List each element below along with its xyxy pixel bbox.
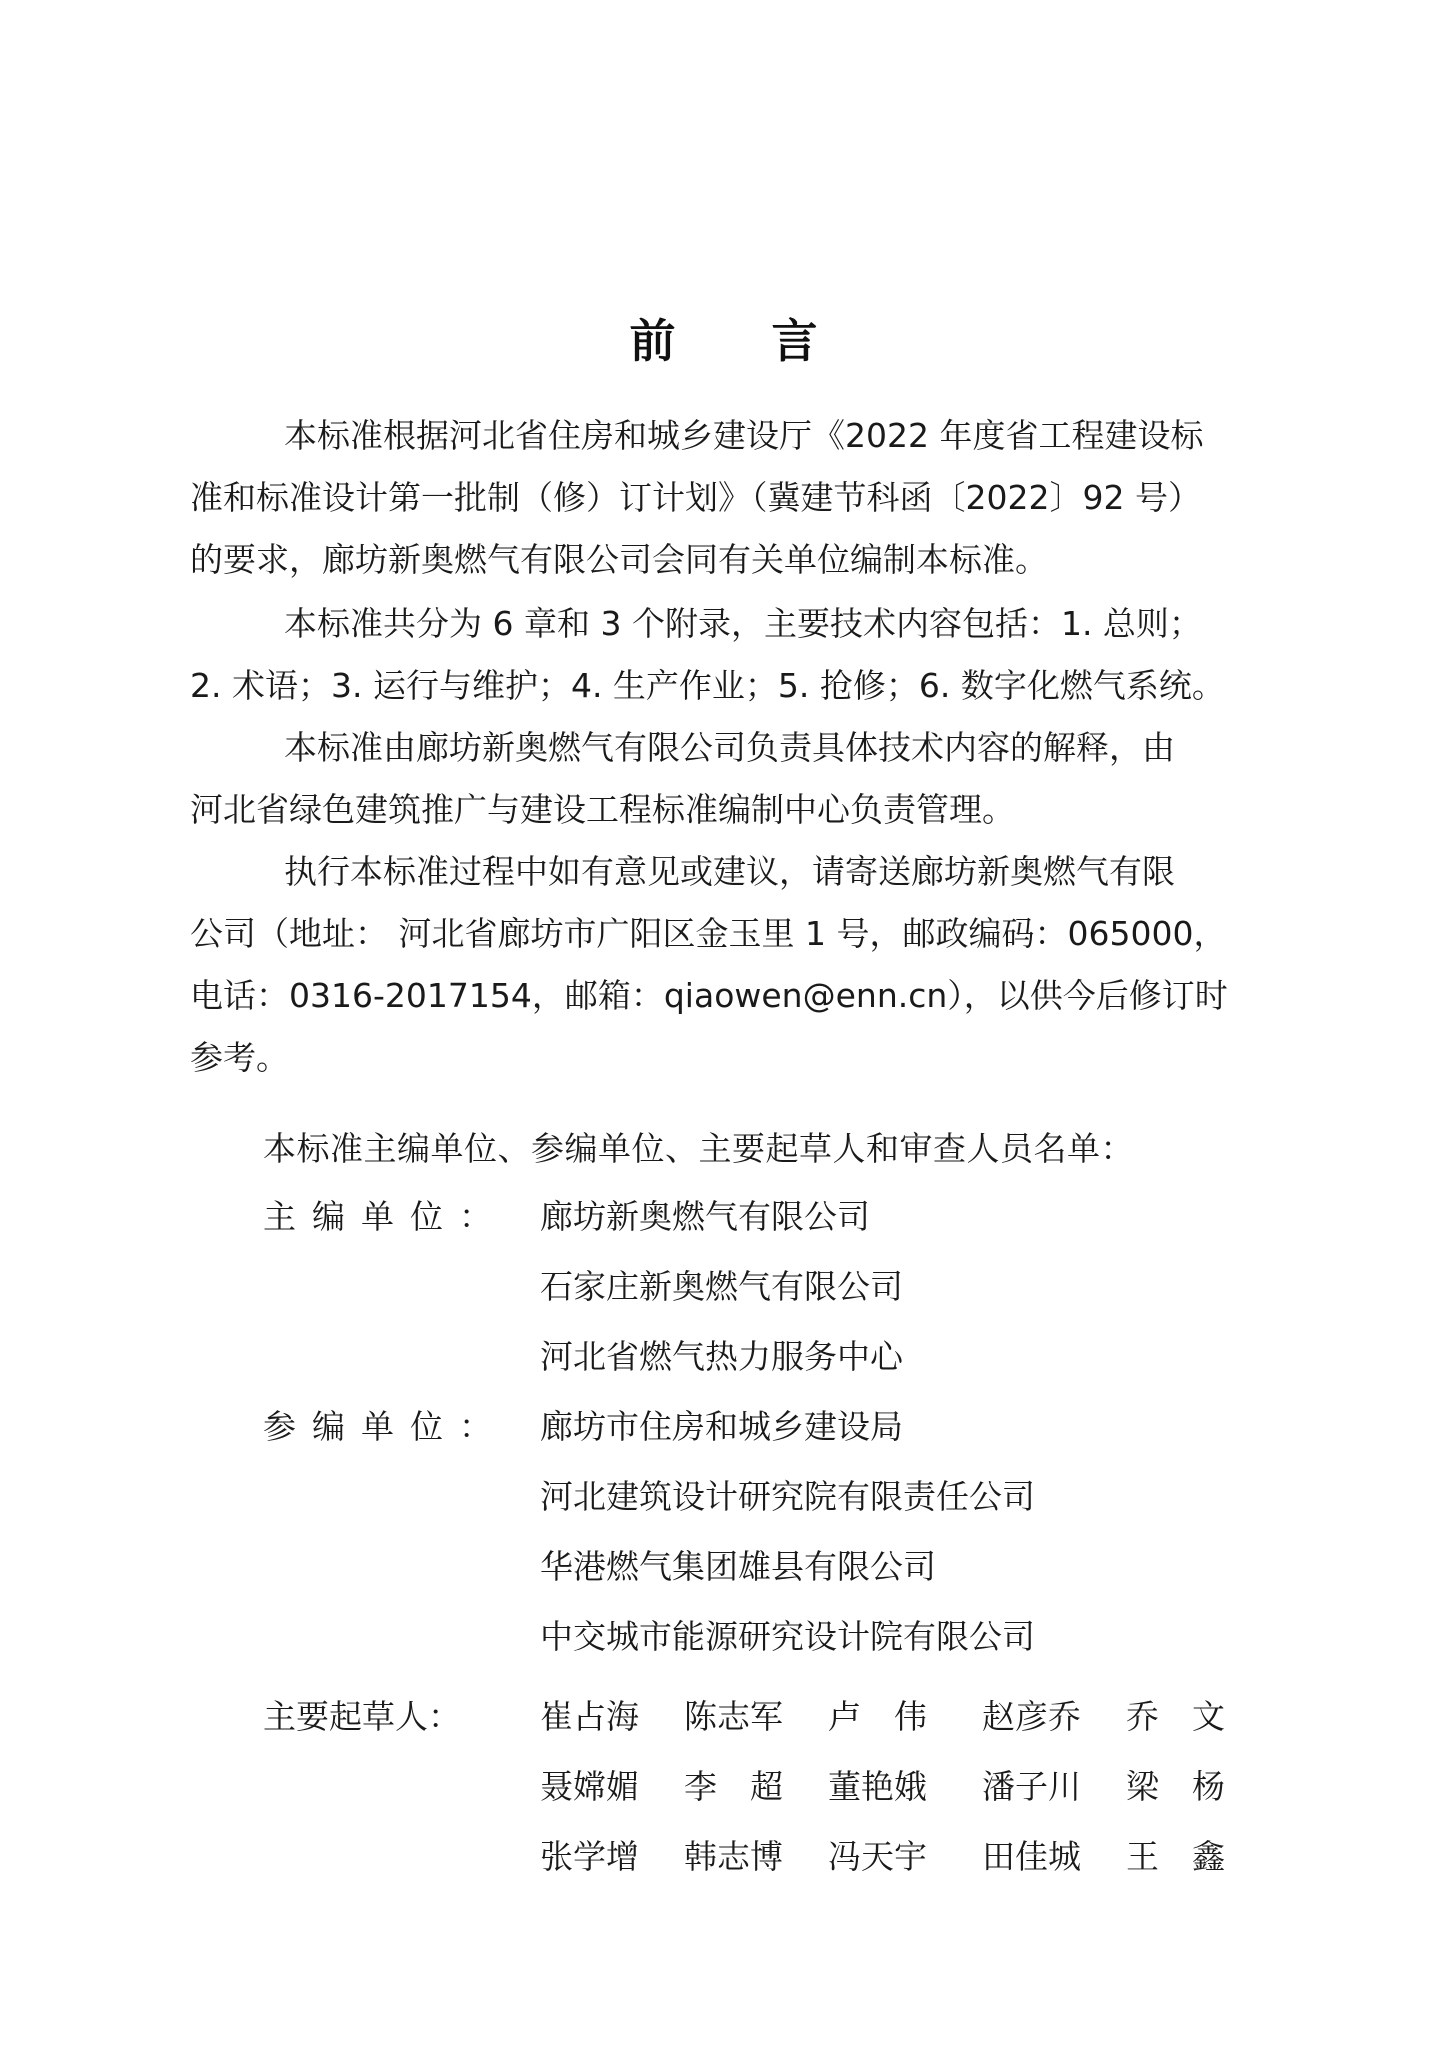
paragraph-1: 本标准根据河北省住房和城乡建设厅《2022 年度省工程建设标 准和标准设计第一批… xyxy=(190,405,1282,591)
title-char-1: 前 xyxy=(630,314,676,368)
chief-unit: 廊坊新奥燃气有限公司 xyxy=(540,1186,870,1248)
drafter-name: 王 鑫 xyxy=(1126,1826,1225,1888)
participating-unit-row: 河北建筑设计研究院有限责任公司 xyxy=(0,1466,1447,1528)
paragraph-line: 公司（地址： 河北省廊坊市广阳区金玉里 1 号，邮政编码：065000， xyxy=(190,903,1282,965)
chief-unit: 河北省燃气热力服务中心 xyxy=(540,1326,903,1388)
participating-unit-row: 华港燃气集团雄县有限公司 xyxy=(0,1536,1447,1598)
main-drafters-label: 主要起草人： xyxy=(263,1686,461,1748)
chief-units-label: 主编单位： xyxy=(263,1186,508,1248)
drafter-name: 赵彦乔 xyxy=(982,1686,1081,1748)
paragraph-line: 准和标准设计第一批制（修）订计划》（冀建节科函〔2022〕92 号） xyxy=(190,467,1282,529)
drafter-name: 乔 文 xyxy=(1126,1686,1225,1748)
paragraph-line: 本标准共分为 6 章和 3 个附录，主要技术内容包括：1. 总则； xyxy=(190,593,1282,655)
drafter-name: 张学增 xyxy=(540,1826,639,1888)
drafter-name: 田佳城 xyxy=(982,1826,1081,1888)
paragraph-2: 本标准共分为 6 章和 3 个附录，主要技术内容包括：1. 总则； 2. 术语；… xyxy=(190,593,1282,717)
drafter-name: 董艳娥 xyxy=(828,1756,927,1818)
chief-unit: 石家庄新奥燃气有限公司 xyxy=(540,1256,903,1318)
paragraph-line: 2. 术语；3. 运行与维护；4. 生产作业；5. 抢修；6. 数字化燃气系统。 xyxy=(190,655,1282,717)
drafters-row: 聂嫦媚 李 超 董艳娥 潘子川 梁 杨 xyxy=(0,1756,1447,1818)
document-page: 前言 本标准根据河北省住房和城乡建设厅《2022 年度省工程建设标 准和标准设计… xyxy=(0,0,1447,2048)
chief-unit-row: 石家庄新奥燃气有限公司 xyxy=(0,1256,1447,1318)
page-title: 前言 xyxy=(0,313,1447,369)
drafter-name: 李 超 xyxy=(684,1756,783,1818)
participating-unit-row: 中交城市能源研究设计院有限公司 xyxy=(0,1606,1447,1668)
drafter-name: 聂嫦媚 xyxy=(540,1756,639,1818)
drafter-name: 崔占海 xyxy=(540,1686,639,1748)
drafter-name: 潘子川 xyxy=(982,1756,1081,1818)
paragraph-line: 本标准由廊坊新奥燃气有限公司负责具体技术内容的解释，由 xyxy=(190,717,1282,779)
paragraph-line: 参考。 xyxy=(190,1027,1282,1089)
participating-unit-row: 参编单位： 廊坊市住房和城乡建设局 xyxy=(0,1396,1447,1458)
drafters-row: 张学增 韩志博 冯天宇 田佳城 王 鑫 xyxy=(0,1826,1447,1888)
paragraph-3: 本标准由廊坊新奥燃气有限公司负责具体技术内容的解释，由 河北省绿色建筑推广与建设… xyxy=(190,717,1282,841)
drafter-name: 韩志博 xyxy=(684,1826,783,1888)
paragraph-line: 本标准根据河北省住房和城乡建设厅《2022 年度省工程建设标 xyxy=(190,405,1282,467)
title-char-2: 言 xyxy=(772,314,818,368)
participating-unit: 河北建筑设计研究院有限责任公司 xyxy=(540,1466,1035,1528)
paragraph-line: 执行本标准过程中如有意见或建议，请寄送廊坊新奥燃气有限 xyxy=(190,841,1282,903)
participating-units-label: 参编单位： xyxy=(263,1396,508,1458)
drafter-name: 陈志军 xyxy=(684,1686,783,1748)
paragraph-line: 的要求，廊坊新奥燃气有限公司会同有关单位编制本标准。 xyxy=(190,529,1282,591)
paragraph-line: 电话：0316-2017154，邮箱：qiaowen@enn.cn），以供今后修… xyxy=(190,965,1282,1027)
drafter-name: 梁 杨 xyxy=(1126,1756,1225,1818)
paragraph-line: 河北省绿色建筑推广与建设工程标准编制中心负责管理。 xyxy=(190,779,1282,841)
list-intro: 本标准主编单位、参编单位、主要起草人和审查人员名单： xyxy=(263,1118,1134,1180)
chief-unit-row: 河北省燃气热力服务中心 xyxy=(0,1326,1447,1388)
participating-unit: 华港燃气集团雄县有限公司 xyxy=(540,1536,936,1598)
chief-unit-row: 主编单位： 廊坊新奥燃气有限公司 xyxy=(0,1186,1447,1248)
paragraph-4: 执行本标准过程中如有意见或建议，请寄送廊坊新奥燃气有限 公司（地址： 河北省廊坊… xyxy=(190,841,1282,1089)
drafters-row: 主要起草人： 崔占海 陈志军 卢 伟 赵彦乔 乔 文 xyxy=(0,1686,1447,1748)
drafter-name: 冯天宇 xyxy=(828,1826,927,1888)
drafter-name: 卢 伟 xyxy=(828,1686,927,1748)
participating-unit: 廊坊市住房和城乡建设局 xyxy=(540,1396,903,1458)
participating-unit: 中交城市能源研究设计院有限公司 xyxy=(540,1606,1035,1668)
